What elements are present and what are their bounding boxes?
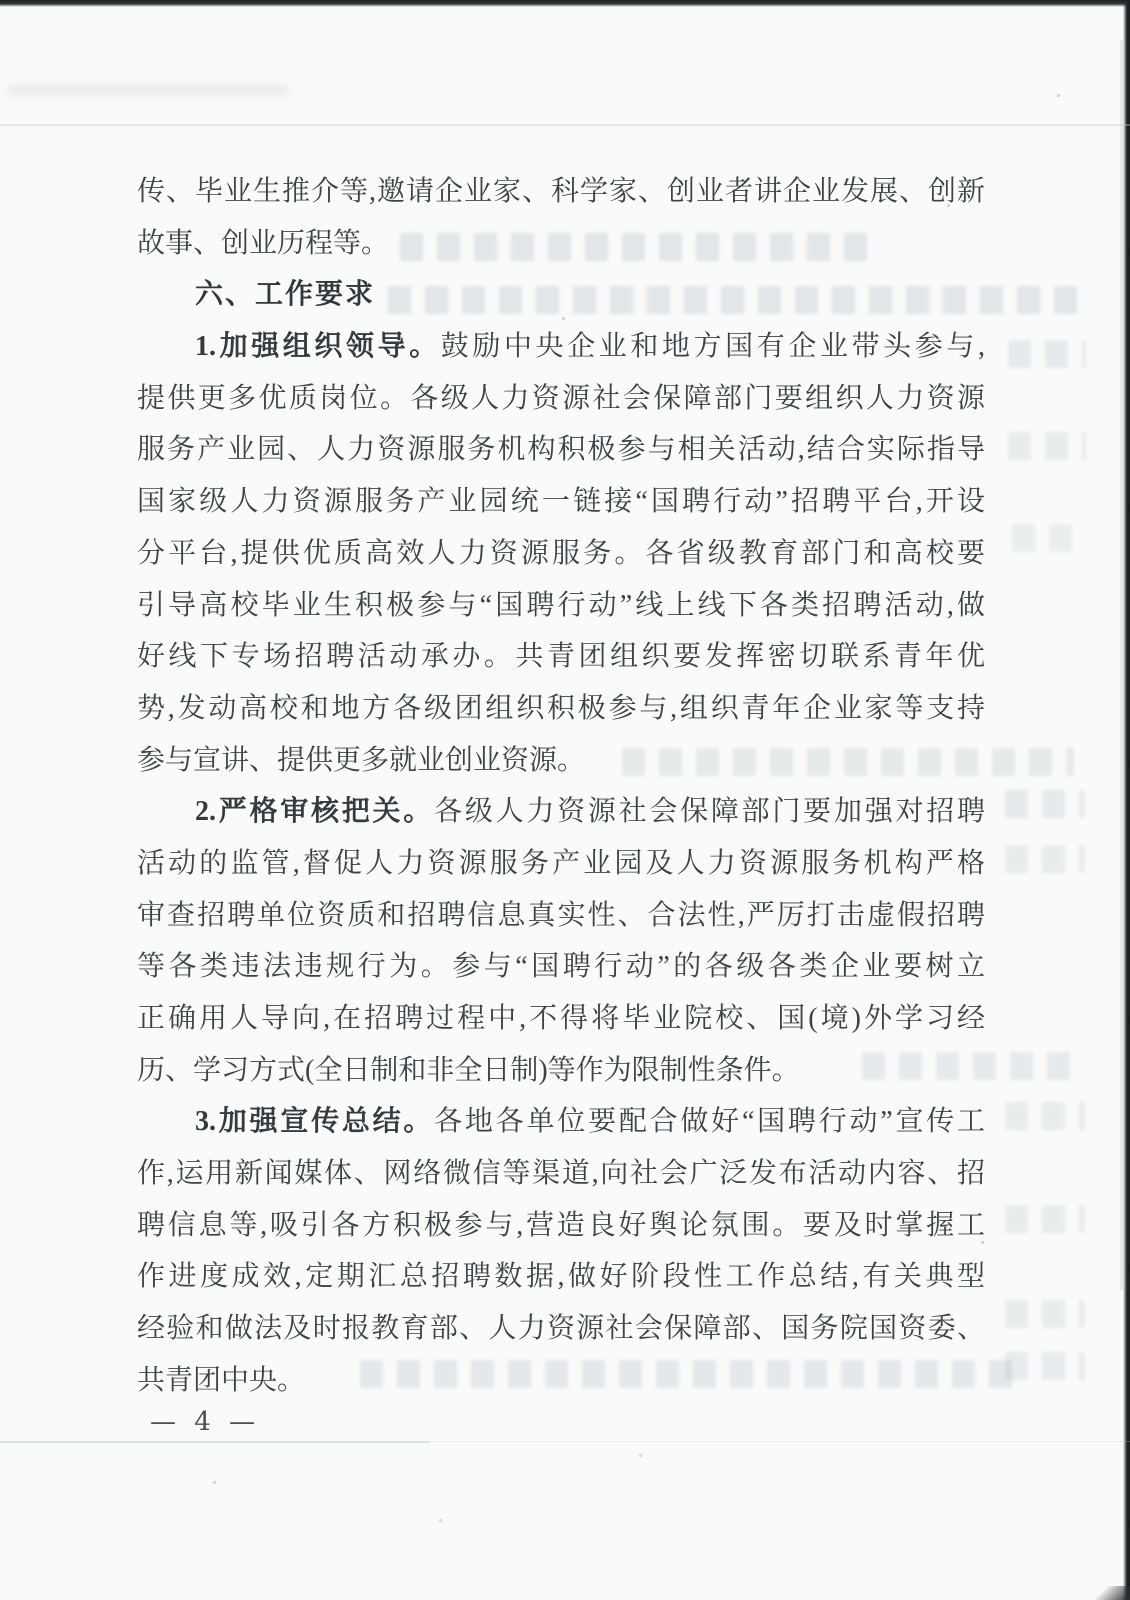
scan-edge-right — [1123, 0, 1130, 1600]
paragraph-lead: 3.加强宣传总结。 — [195, 1106, 434, 1137]
body-line: 审查招聘单位资质和招聘信息真实性、合法性,严厉打击虚假招聘 — [137, 890, 985, 942]
bleedthrough-fragment — [1008, 340, 1086, 368]
bleedthrough-fragment — [1005, 1300, 1085, 1328]
body-line: 活动的监管,督促人力资源服务产业园及人力资源服务机构严格 — [137, 838, 985, 890]
scan-corner-shadow — [1092, 1586, 1130, 1600]
bleedthrough-fragment — [1005, 1205, 1085, 1233]
bleedthrough-fragment — [1008, 432, 1086, 460]
paragraph-lead: 2.严格审核把关。 — [195, 796, 434, 827]
body-line: 服务产业园、人力资源服务机构积极参与相关活动,结合实际指导 — [137, 424, 985, 476]
section-heading: 六、工作要求 — [137, 269, 985, 321]
body-line: 历、学习方式(全日制和非全日制)等作为限制性条件。 — [137, 1045, 985, 1097]
scan-edge-highlight — [1120, 40, 1123, 1290]
document-body: 传、毕业生推介等,邀请企业家、科学家、创业者讲企业发展、创新 故事、创业历程等。… — [137, 166, 985, 1407]
body-line: 势,发动高校和地方各级团组织积极参与,组织青年企业家等支持 — [137, 683, 985, 735]
scan-hairline — [430, 1441, 1130, 1442]
body-line: 作,运用新闻媒体、网络微信等渠道,向社会广泛发布活动内容、招 — [137, 1148, 985, 1200]
bleedthrough-fragment — [1005, 1352, 1085, 1380]
scanned-document-page: 传、毕业生推介等,邀请企业家、科学家、创业者讲企业发展、创新 故事、创业历程等。… — [0, 0, 1130, 1600]
body-line: 共青团中央。 — [137, 1355, 985, 1407]
bleedthrough-fragment — [1005, 1102, 1085, 1130]
scan-edge-top — [0, 0, 1130, 7]
body-line: 参与宣讲、提供更多就业创业资源。 — [137, 735, 985, 787]
body-line: 故事、创业历程等。 — [137, 218, 985, 270]
body-line: 聘信息等,吸引各方积极参与,营造良好舆论氛围。要及时掌握工 — [137, 1200, 985, 1252]
body-line: 1.加强组织领导。鼓励中央企业和地方国有企业带头参与, — [137, 321, 985, 373]
scan-hairline — [0, 124, 1130, 126]
body-line: 作进度成效,定期汇总招聘数据,做好阶段性工作总结,有关典型 — [137, 1251, 985, 1303]
body-line: 3.加强宣传总结。各地各单位要配合做好“国聘行动”宣传工 — [137, 1096, 985, 1148]
body-line: 好线下专场招聘活动承办。共青团组织要发挥密切联系青年优 — [137, 631, 985, 683]
scan-noise-specks — [0, 0, 1, 1]
scan-smudge — [8, 84, 288, 96]
body-line: 2.严格审核把关。各级人力资源社会保障部门要加强对招聘 — [137, 786, 985, 838]
body-line: 国家级人力资源服务产业园统一链接“国聘行动”招聘平台,开设 — [137, 476, 985, 528]
body-line: 提供更多优质岗位。各级人力资源社会保障部门要组织人力资源 — [137, 373, 985, 425]
bleedthrough-fragment — [1012, 524, 1082, 552]
bleedthrough-fragment — [1005, 790, 1085, 818]
page-number: — 4 — — [150, 1402, 260, 1442]
body-line: 正确用人导向,在招聘过程中,不得将毕业院校、国(境)外学习经 — [137, 993, 985, 1045]
body-line: 分平台,提供优质高效人力资源服务。各省级教育部门和高校要 — [137, 528, 985, 580]
body-line: 传、毕业生推介等,邀请企业家、科学家、创业者讲企业发展、创新 — [137, 166, 985, 218]
bleedthrough-fragment — [1005, 845, 1085, 873]
paragraph-lead: 1.加强组织领导。 — [195, 331, 441, 362]
body-line: 引导高校毕业生积极参与“国聘行动”线上线下各类招聘活动,做 — [137, 580, 985, 632]
body-line: 经验和做法及时报教育部、人力资源社会保障部、国务院国资委、 — [137, 1303, 985, 1355]
body-line: 等各类违法违规行为。参与“国聘行动”的各级各类企业要树立 — [137, 941, 985, 993]
